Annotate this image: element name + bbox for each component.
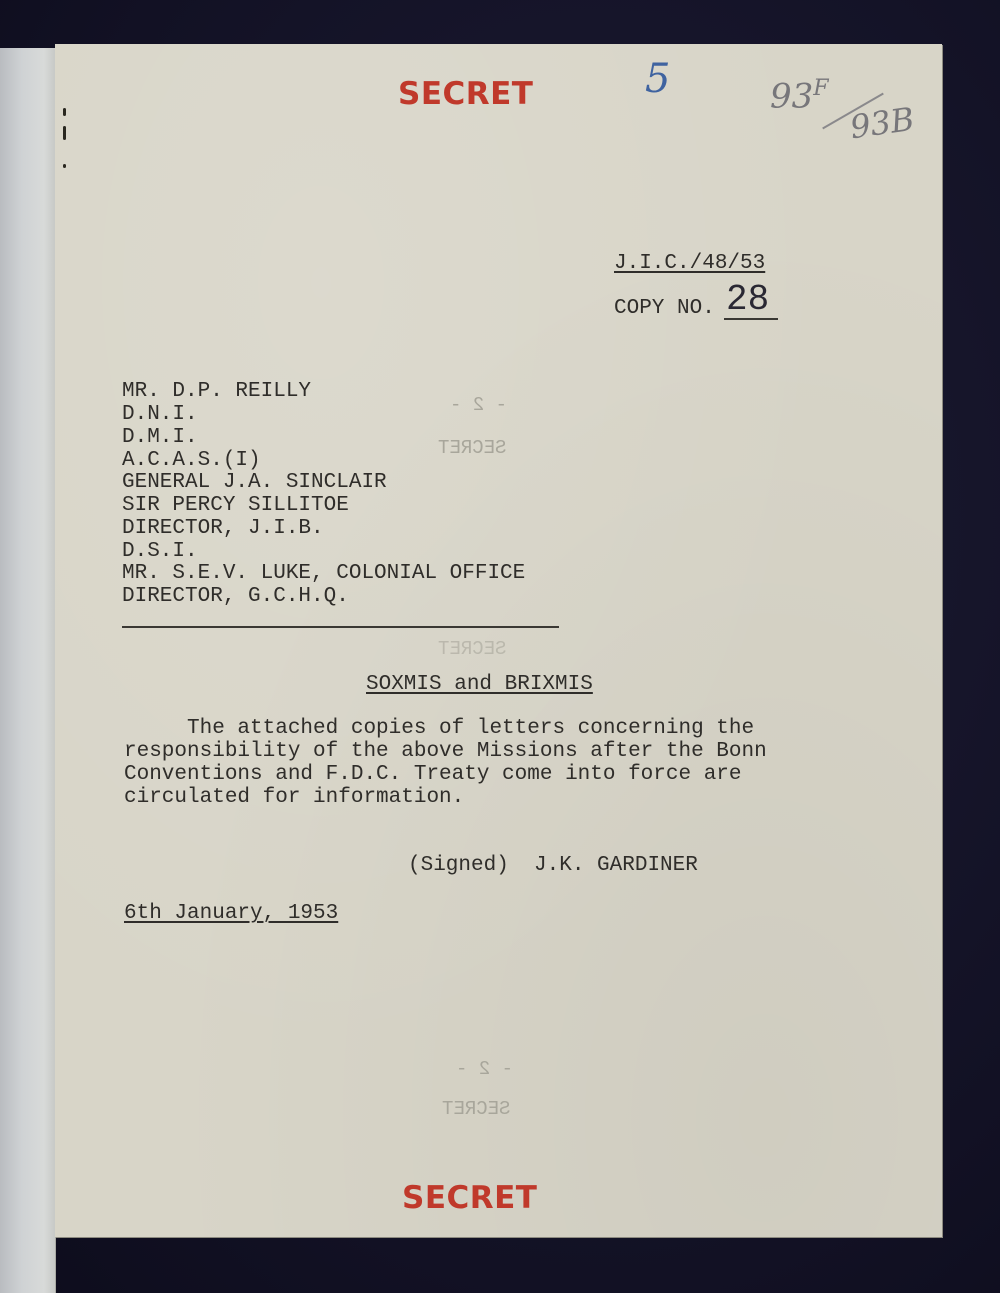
show-through-stamp-bottom: SECRET [442, 1098, 510, 1120]
binding-hole [63, 164, 66, 168]
binding-hole [63, 108, 66, 116]
distribution-item: DIRECTOR, J.I.B. [122, 518, 324, 540]
distribution-item: D.S.I. [122, 541, 198, 563]
folio-number-pencil: 93F [770, 76, 829, 116]
copy-number: 28 [726, 280, 769, 320]
distribution-item: DIRECTOR, G.C.H.Q. [122, 586, 349, 608]
body-line: Conventions and F.D.C. Treaty come into … [124, 764, 742, 786]
folio-pencil-main: 93 [770, 76, 813, 116]
distribution-divider [122, 626, 559, 628]
folio-pencil-sup: F [813, 76, 828, 101]
body-line: The attached copies of letters concernin… [124, 718, 754, 740]
classification-stamp-bottom: SECRET [402, 1180, 537, 1216]
binding-hole [63, 126, 66, 140]
distribution-item: SIR PERCY SILLITOE [122, 495, 349, 517]
distribution-item: D.N.I. [122, 404, 198, 426]
body-line: circulated for information. [124, 787, 464, 809]
show-through-page-marker: - 2 - [450, 394, 507, 416]
distribution-item: D.M.I. [122, 427, 198, 449]
document-reference: J.I.C./48/53 [614, 253, 765, 275]
show-through-stamp: SECRET [438, 437, 506, 459]
signature-line: (Signed) J.K. GARDINER [408, 855, 698, 877]
copy-number-underline [724, 318, 778, 320]
classification-stamp-top: SECRET [398, 76, 533, 112]
subject-heading: SOXMIS and BRIXMIS [366, 674, 593, 696]
copy-number-label: COPY NO. [614, 298, 715, 320]
show-through-page-marker-bottom: - 2 - [456, 1058, 513, 1080]
distribution-item: MR. S.E.V. LUKE, COLONIAL OFFICE [122, 563, 525, 585]
distribution-item: A.C.A.S.(I) [122, 450, 261, 472]
distribution-item: MR. D.P. REILLY [122, 381, 311, 403]
document-date: 6th January, 1953 [124, 903, 338, 925]
folio-number-blue: 5 [645, 56, 670, 102]
facing-page-edge [0, 48, 56, 1293]
show-through-stamp-faint: SECRET [438, 638, 506, 660]
distribution-item: GENERAL J.A. SINCLAIR [122, 472, 387, 494]
body-line: responsibility of the above Missions aft… [124, 741, 767, 763]
